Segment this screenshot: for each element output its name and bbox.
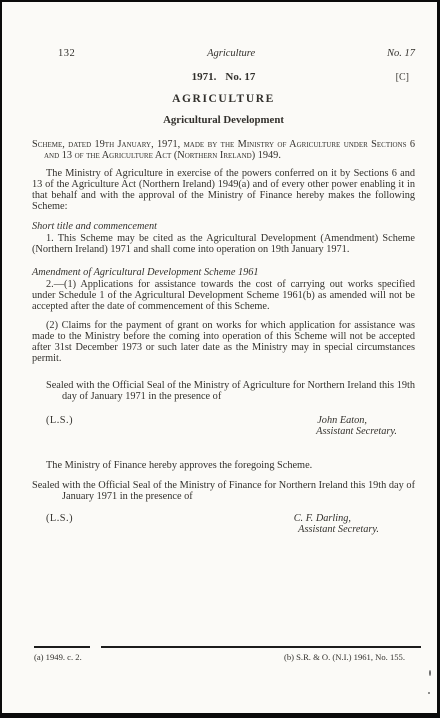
document-page: 132 Agriculture No. 17 1971.No. 17 [C] A… [0,0,440,718]
issue-year: 1971. [192,71,217,83]
scan-speck [429,670,431,676]
footnote-b: (b) S.R. & O. (N.I.) 1961, No. 155. [284,652,405,662]
footnote-rules [34,646,421,649]
department-title: AGRICULTURE [32,94,415,105]
footnote-rule-left [34,646,90,648]
sealing-clause-finance: Sealed with the Official Seal of the Min… [32,480,415,502]
footnote-row: (a) 1949. c. 2. (b) S.R. & O. (N.I.) 196… [34,652,421,662]
signature-block-agriculture: John Eaton, Assistant Secretary. [316,415,415,437]
issue-line: 1971.No. 17 [C] [32,72,415,83]
signature-row-finance: (L.S.) C. F. Darling, Assistant Secretar… [32,513,415,535]
section-1-paragraph: 1. This Scheme may be cited as the Agric… [32,233,415,255]
running-header: 132 Agriculture No. 17 [32,48,415,59]
seal-mark-finance: (L.S.) [32,513,73,535]
section-2-1-paragraph: 2.—(1) Applications for assistance towar… [32,279,415,312]
footnote-rule-right [101,646,421,648]
page-content: 132 Agriculture No. 17 1971.No. 17 [C] A… [32,48,415,535]
signatory-name-finance: C. F. Darling, [294,513,415,524]
scan-speck [428,692,430,694]
running-title: Agriculture [207,48,255,59]
section-heading-short-title: Short title and commencement [32,221,415,232]
section-2-2-paragraph: (2) Claims for the payment of grant on w… [32,320,415,364]
signatory-title-finance: Assistant Secretary. [294,524,415,535]
signatory-name-agriculture: John Eaton, [316,415,415,426]
subject-title: Agricultural Development [32,115,415,126]
sealing-clause-agriculture: Sealed with the Official Seal of the Min… [32,380,415,402]
signature-row-agriculture: (L.S.) John Eaton, Assistant Secretary. [32,415,415,437]
finance-approval-paragraph: The Ministry of Finance hereby approves … [32,460,415,471]
issue-number: No. 17 [225,71,255,83]
footnotes: (a) 1949. c. 2. (b) S.R. & O. (N.I.) 196… [34,646,421,662]
signatory-title-agriculture: Assistant Secretary. [316,426,415,437]
scheme-citation: Scheme, dated 19th January, 1971, made b… [32,139,415,161]
section-heading-amendment: Amendment of Agricultural Development Sc… [32,267,415,278]
running-number: No. 17 [387,48,415,59]
seal-mark-agriculture: (L.S.) [32,415,73,437]
enacting-paragraph: The Ministry of Agriculture in exercise … [32,168,415,212]
category-mark: [C] [396,72,409,83]
footnote-a: (a) 1949. c. 2. [34,652,82,662]
signature-block-finance: C. F. Darling, Assistant Secretary. [294,513,415,535]
page-number: 132 [58,48,75,59]
